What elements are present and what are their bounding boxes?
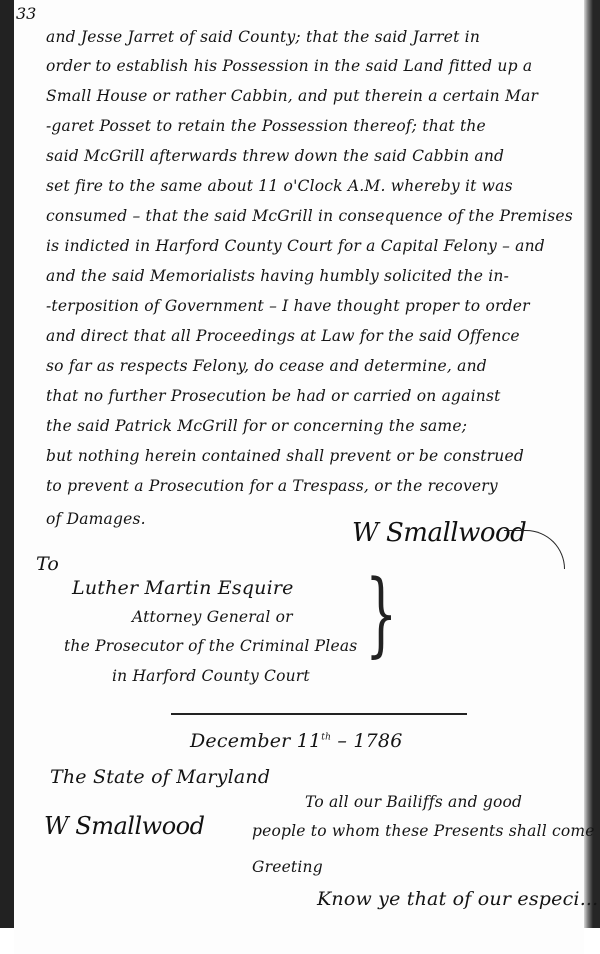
page-binding-shadow-right xyxy=(584,0,600,928)
body-line-15: but nothing herein contained shall preve… xyxy=(46,447,524,465)
body-line-12: so far as respects Felony, do cease and … xyxy=(46,357,487,375)
date-separator: – xyxy=(337,730,347,752)
body-line-7: consumed – that the said McGrill in cons… xyxy=(46,207,573,225)
address-brace: } xyxy=(365,568,397,660)
document-date: December 11th – 1786 xyxy=(190,730,402,752)
state-heading: The State of Maryland xyxy=(50,766,270,788)
signature-smallwood-2: W Smallwood xyxy=(44,812,204,840)
date-year: 1786 xyxy=(353,730,402,752)
proclamation-line-3: Greeting xyxy=(252,858,323,876)
body-line-2: order to establish his Possession in the… xyxy=(46,57,532,75)
date-month-day: December 11 xyxy=(190,730,321,752)
manuscript-page: 33 and Jesse Jarret of said County; that… xyxy=(14,0,584,954)
body-line-13: that no further Prosecution be had or ca… xyxy=(46,387,501,405)
proclamation-line-2: people to whom these Presents shall come xyxy=(252,822,595,840)
body-line-14: the said Patrick McGrill for or concerni… xyxy=(46,417,467,435)
section-divider xyxy=(171,713,467,715)
proclamation-line-1: To all our Bailiffs and good xyxy=(305,793,522,811)
address-to: To xyxy=(36,553,59,575)
body-line-9: and the said Memorialists having humbly … xyxy=(46,267,509,285)
body-line-8: is indicted in Harford County Court for … xyxy=(46,237,545,255)
body-line-5: said McGrill afterwards threw down the s… xyxy=(46,147,504,165)
body-line-6: set fire to the same about 11 o'Clock A.… xyxy=(46,177,513,195)
date-suffix: th xyxy=(321,733,331,743)
page-number: 33 xyxy=(16,4,36,23)
address-line-1: Luther Martin Esquire xyxy=(72,577,294,599)
proclamation-line-4: Know ye that of our especi... xyxy=(317,888,598,910)
body-line-11: and direct that all Proceedings at Law f… xyxy=(46,327,520,345)
body-line-10: -terposition of Government – I have thou… xyxy=(46,297,530,315)
page-binding-shadow-left xyxy=(0,0,14,928)
body-line-16: to prevent a Prosecution for a Trespass,… xyxy=(46,477,498,495)
signature-flourish xyxy=(504,530,565,569)
address-line-2: Attorney General or xyxy=(132,608,293,626)
address-line-3: the Prosecutor of the Criminal Pleas xyxy=(64,637,357,655)
address-line-4: in Harford County Court xyxy=(112,667,310,685)
body-line-4: -garet Posset to retain the Possession t… xyxy=(46,117,486,135)
signature-smallwood-1: W Smallwood xyxy=(352,518,526,548)
body-line-3: Small House or rather Cabbin, and put th… xyxy=(46,87,538,105)
body-line-1: and Jesse Jarret of said County; that th… xyxy=(46,28,480,46)
body-line-17: of Damages. xyxy=(46,510,146,528)
